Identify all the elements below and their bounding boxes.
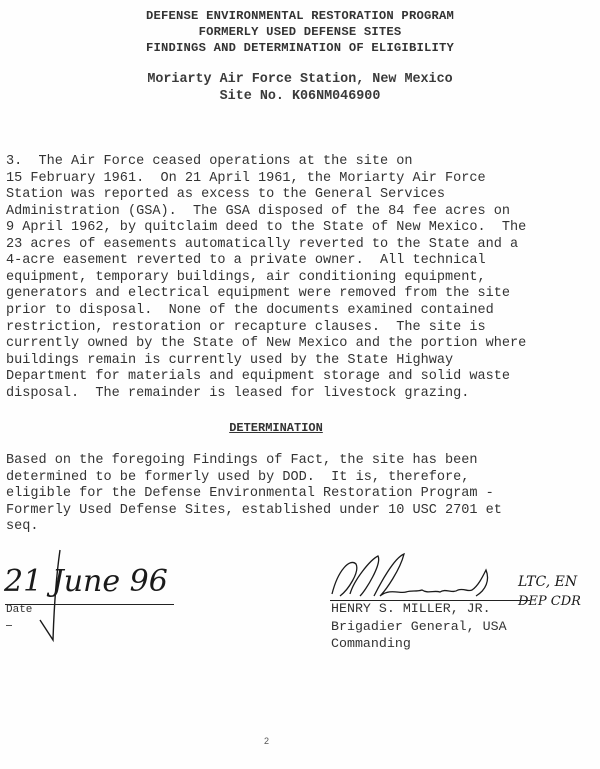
determination-line: Based on the foregoing Findings of Fact,… [6, 453, 478, 470]
findings-line: Station was reported as excess to the Ge… [6, 187, 445, 204]
document-title: FINDINGS AND DETERMINATION OF ELIGIBILIT… [0, 40, 600, 56]
determination-line: Formerly Used Defense Sites, established… [6, 503, 502, 520]
determination-line: seq. [6, 519, 39, 536]
findings-line: Department for materials and equipment s… [6, 369, 510, 386]
site-name: Moriarty Air Force Station, New Mexico [0, 71, 600, 88]
findings-line: 9 April 1962, by quitclaim deed to the S… [6, 220, 526, 237]
findings-line: Administration (GSA). The GSA disposed o… [6, 204, 510, 221]
determination-line: determined to be formerly used by DOD. I… [6, 470, 469, 487]
program-subtitle: FORMERLY USED DEFENSE SITES [0, 24, 600, 40]
signer-title: Commanding [331, 636, 411, 651]
date-label: Date [6, 604, 32, 616]
handwritten-signature [330, 550, 530, 602]
findings-line: generators and electrical equipment were… [6, 286, 510, 303]
page-number: 2 [264, 736, 269, 746]
document-page: DEFENSE ENVIRONMENTAL RESTORATION PROGRA… [0, 0, 600, 769]
findings-line: 23 acres of easements automatically reve… [6, 237, 518, 254]
handwritten-date: 21 June 96 [4, 564, 168, 599]
findings-line: 4-acre easement reverted to a private ow… [6, 253, 486, 270]
dash-mark [6, 625, 12, 626]
findings-line: 3. The Air Force ceased operations at th… [6, 154, 412, 171]
findings-line: 15 February 1961. On 21 April 1961, the … [6, 171, 486, 188]
site-number: Site No. K06NM046900 [0, 88, 600, 105]
findings-line: buildings remain is currently used by th… [6, 353, 453, 370]
signer-name: HENRY S. MILLER, JR. [331, 601, 491, 616]
signer-rank: Brigadier General, USA [331, 619, 507, 634]
findings-line: prior to disposal. None of the documents… [6, 303, 494, 320]
date-slash-mark [40, 548, 70, 643]
determination-line: eligible for the Defense Environmental R… [6, 486, 494, 503]
signature-annotation-rank: LTC, EN [518, 574, 577, 590]
program-title: DEFENSE ENVIRONMENTAL RESTORATION PROGRA… [0, 8, 600, 24]
determination-heading: DETERMINATION [0, 421, 552, 435]
signature-annotation-title: DEP CDR [518, 594, 581, 609]
findings-line: restriction, restoration or recapture cl… [6, 320, 486, 337]
findings-line: currently owned by the State of New Mexi… [6, 336, 526, 353]
findings-line: equipment, temporary buildings, air cond… [6, 270, 486, 287]
findings-line: disposal. The remainder is leased for li… [6, 386, 469, 403]
